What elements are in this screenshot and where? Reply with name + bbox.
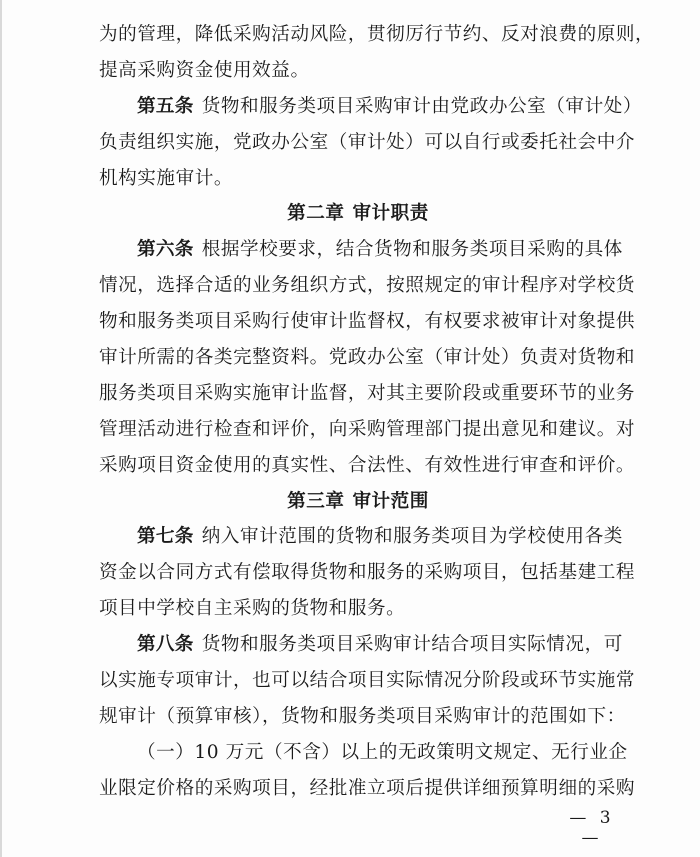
document-body: 为的管理，降低采购活动风险，贯彻厉行节约、反对浪费的原则， 提高采购资金使用效益… <box>99 17 617 807</box>
page-number: — 3 — <box>557 808 627 848</box>
text-line: 项目中学校自主采购的货物和服务。 <box>99 591 617 627</box>
text-line: 纳入审计范围的货物和服务类项目为学校使用各类 <box>202 526 623 547</box>
text-line: 管理活动进行检查和评价，向采购管理部门提出意见和建议。对 <box>99 412 617 448</box>
article-8-first-line: 第八条货物和服务类项目采购审计结合项目实际情况，可 <box>99 627 617 663</box>
article-label: 第七条 <box>137 526 194 547</box>
chapter-title: 审计范围 <box>352 491 428 512</box>
text-line: 采购项目资金使用的真实性、合法性、有效性进行审查和评价。 <box>99 448 617 484</box>
text-line: 物和服务类项目采购行使审计监督权，有权要求被审计对象提供 <box>99 304 617 340</box>
article-7-first-line: 第七条纳入审计范围的货物和服务类项目为学校使用各类 <box>99 519 617 555</box>
text-line: 资金以合同方式有偿取得货物和服务的采购项目，包括基建工程 <box>99 555 617 591</box>
text-line: 负责组织实施，党政办公室（审计处）可以自行或委托社会中介 <box>99 125 617 161</box>
text-line: 为的管理，降低采购活动风险，贯彻厉行节约、反对浪费的原则， <box>99 17 617 53</box>
text-line: 机构实施审计。 <box>99 161 617 197</box>
chapter-heading: 第二章审计职责 <box>99 196 617 232</box>
chapter-number: 第二章 <box>287 203 344 224</box>
text-line: 根据学校要求，结合货物和服务类项目采购的具体 <box>202 239 623 260</box>
text-line: 货物和服务类项目采购审计结合项目实际情况，可 <box>202 634 623 655</box>
article-label: 第六条 <box>137 239 194 260</box>
text-line: 情况，选择合适的业务组织方式，按照规定的审计程序对学校货 <box>99 268 617 304</box>
article-label: 第五条 <box>137 96 194 117</box>
chapter-heading: 第三章审计范围 <box>99 484 617 520</box>
text-line: 以实施专项审计，也可以结合项目实际情况分阶段或环节实施常 <box>99 663 617 699</box>
text-line: 服务类项目采购实施审计监督，对其主要阶段或重要环节的业务 <box>99 376 617 412</box>
text-line: 业限定价格的采购项目，经批准立项后提供详细预算明细的采购 <box>99 771 617 807</box>
article-5-first-line: 第五条货物和服务类项目采购审计由党政办公室（审计处） <box>99 89 617 125</box>
chapter-title: 审计职责 <box>352 203 428 224</box>
text-line: 审计所需的各类完整资料。党政办公室（审计处）负责对货物和 <box>99 340 617 376</box>
chapter-number: 第三章 <box>287 491 344 512</box>
article-6-first-line: 第六条根据学校要求，结合货物和服务类项目采购的具体 <box>99 232 617 268</box>
document-page: 为的管理，降低采购活动风险，贯彻厉行节约、反对浪费的原则， 提高采购资金使用效益… <box>0 0 700 857</box>
text-line: 规审计（预算审核），货物和服务类项目采购审计的范围如下： <box>99 699 617 735</box>
article-label: 第八条 <box>137 634 194 655</box>
text-line: 货物和服务类项目采购审计由党政办公室（审计处） <box>202 96 642 117</box>
text-line: 提高采购资金使用效益。 <box>99 53 617 89</box>
list-item-first-line: （一）10 万元（不含）以上的无政策明文规定、无行业企 <box>99 735 617 771</box>
